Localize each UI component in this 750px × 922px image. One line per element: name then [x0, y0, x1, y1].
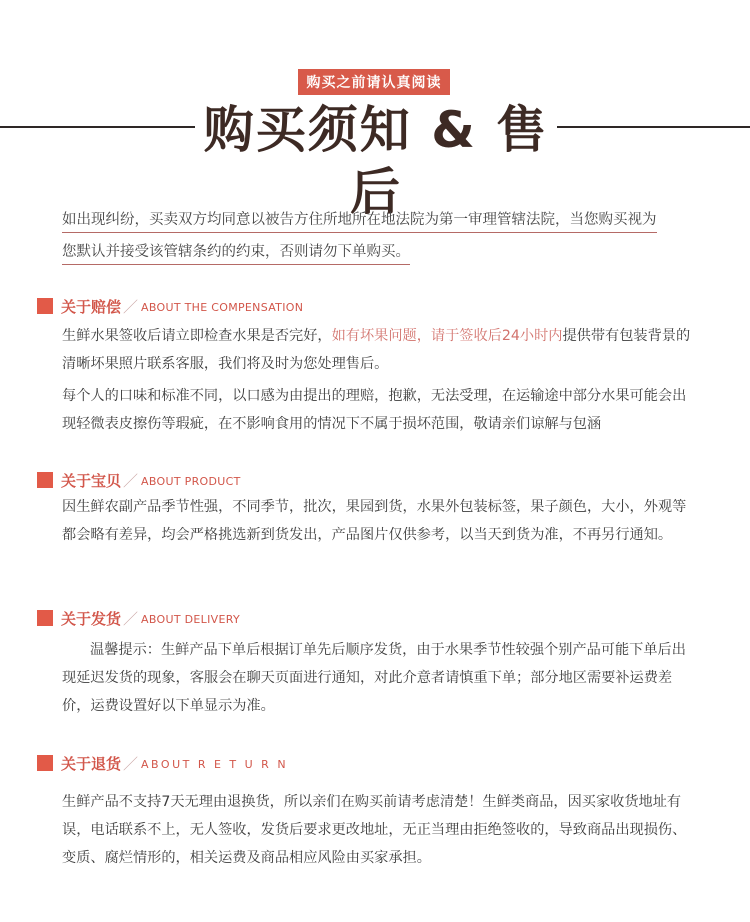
section-title-en: ABOUT PRODUCT — [141, 475, 241, 488]
section-marker-icon — [37, 472, 53, 488]
section-marker-icon — [37, 298, 53, 314]
section-heading-delivery: 关于发货 ／ ABOUT DELIVERY — [37, 606, 240, 630]
section-title-en: ABOUT THE COMPENSATION — [141, 301, 303, 314]
jurisdiction-notice-line-2: 您默认并接受该管辖条约的约束，否则请勿下单购买。 — [62, 240, 410, 265]
compensation-paragraph-1: 生鲜水果签收后请立即检查水果是否完好，如有坏果问题，请于签收后24小时内提供带有… — [62, 322, 692, 378]
product-paragraph: 因生鲜农副产品季节性强，不同季节，批次，果园到货，水果外包装标签，果子颜色，大小… — [62, 493, 692, 549]
section-title-cn: 关于发货 — [61, 608, 121, 629]
section-marker-icon — [37, 755, 53, 771]
jurisdiction-notice: 如出现纠纷，买卖双方均同意以被告方住所地所在地法院为第一审理管辖法院，当您购买视… — [62, 205, 682, 269]
compensation-text-before: 生鲜水果签收后请立即检查水果是否完好， — [62, 328, 332, 344]
section-title-cn: 关于退货 — [61, 753, 121, 774]
section-title-cn: 关于宝贝 — [61, 470, 121, 491]
title-rule-left — [0, 126, 205, 128]
delivery-paragraph: 温馨提示：生鲜产品下单后根据订单先后顺序发货，由于水果季节性较强个别产品可能下单… — [62, 636, 692, 720]
slash-divider: ／ — [123, 296, 138, 317]
slash-divider: ／ — [123, 753, 138, 774]
return-paragraph: 生鲜产品不支持7天无理由退换货，所以亲们在购买前请考虑清楚！生鲜类商品，因买家收… — [62, 788, 692, 872]
section-heading-return: 关于退货 ／ ABOUT R E T U R N — [37, 751, 288, 775]
slash-divider: ／ — [123, 470, 138, 491]
read-before-purchase-badge: 购买之前请认真阅读 — [298, 69, 450, 95]
section-heading-product: 关于宝贝 ／ ABOUT PRODUCT — [37, 468, 241, 492]
jurisdiction-notice-line-1: 如出现纠纷，买卖双方均同意以被告方住所地所在地法院为第一审理管辖法院，当您购买视… — [62, 208, 657, 233]
section-title-en: ABOUT R E T U R N — [141, 758, 288, 771]
slash-divider: ／ — [123, 608, 138, 629]
section-title-en: ABOUT DELIVERY — [141, 613, 240, 626]
compensation-paragraph-2: 每个人的口味和标准不同，以口感为由提出的理赔，抱歉，无法受理，在运输途中部分水果… — [62, 382, 692, 438]
title-rule-right — [548, 126, 750, 128]
compensation-highlight: 如有坏果问题，请于签收后24小时内 — [332, 328, 563, 344]
section-title-cn: 关于赔偿 — [61, 296, 121, 317]
section-heading-compensation: 关于赔偿 ／ ABOUT THE COMPENSATION — [37, 294, 303, 318]
page-title: 购买须知 & 售后 — [195, 99, 557, 161]
section-marker-icon — [37, 610, 53, 626]
